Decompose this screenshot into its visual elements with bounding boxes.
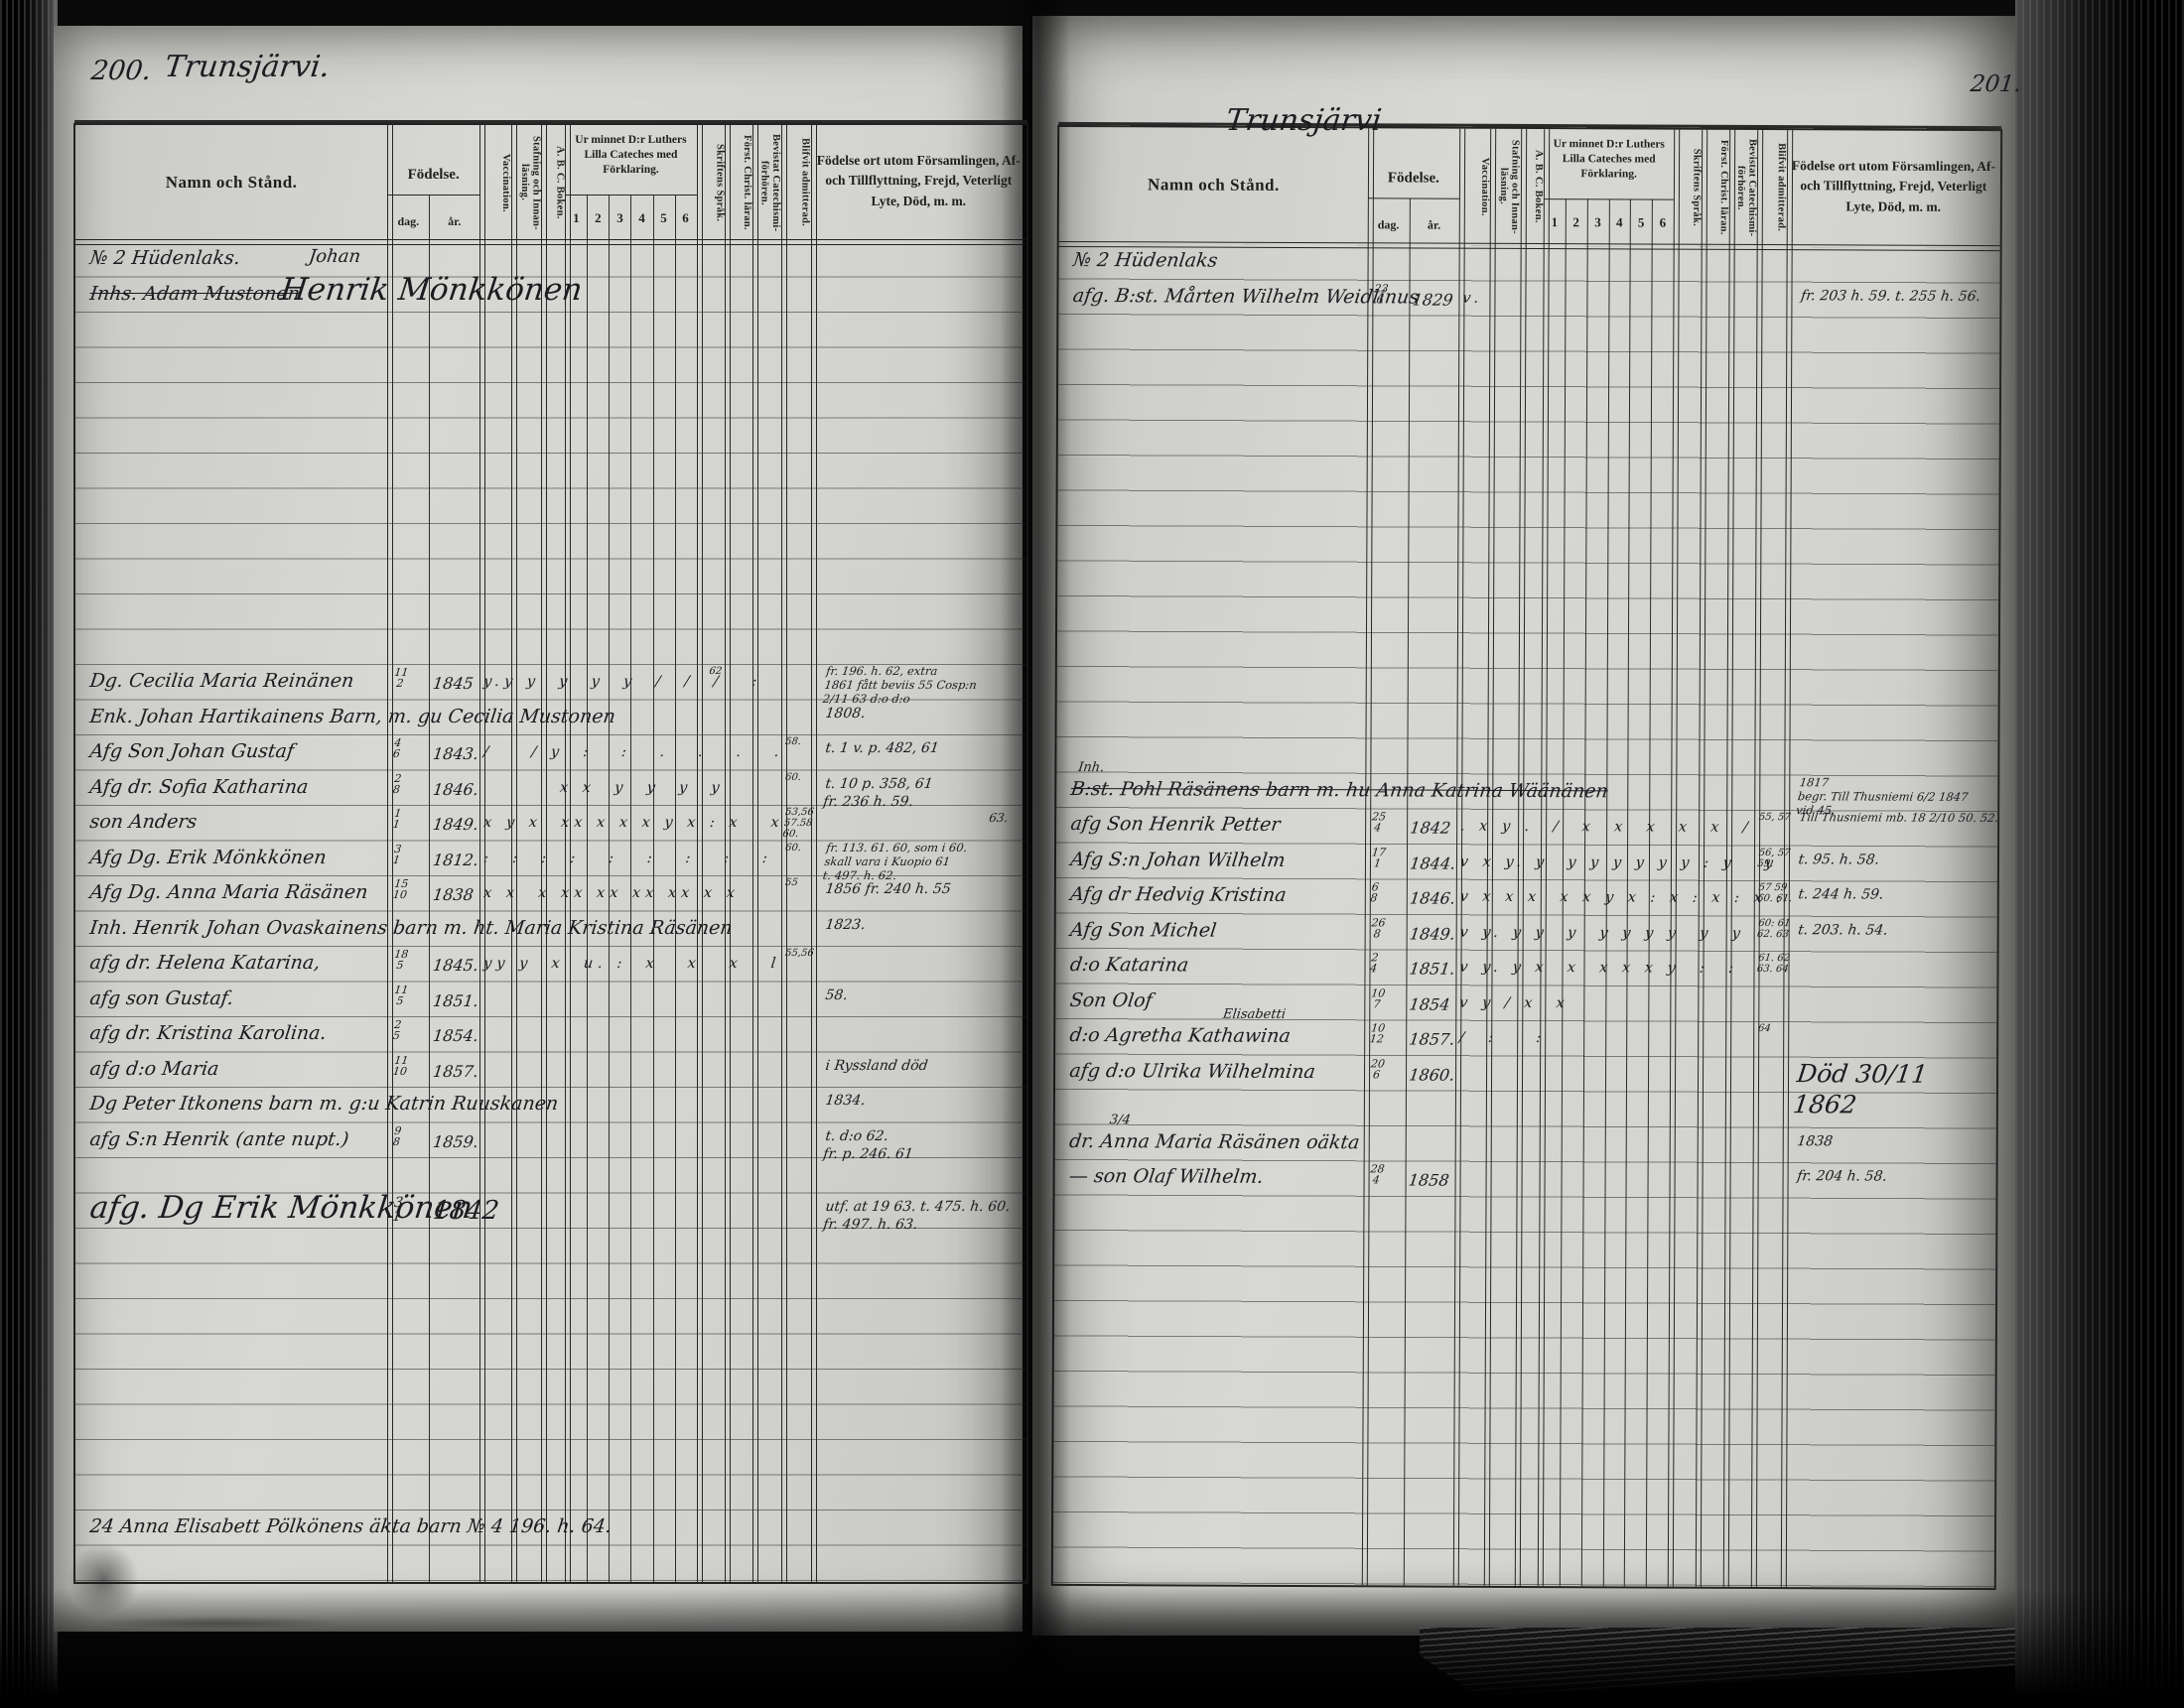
entry-exam-years: 62: [709, 666, 723, 677]
entry-birth-day: 98: [392, 1125, 402, 1147]
ledger-entry: afg S:n Henrik (ante nupt.)981859.t. d:o…: [73, 1123, 1028, 1159]
ledger-entry: Afg Dg. Erik Mönkkönen311812.: : : : : :…: [73, 842, 1028, 877]
column-header-vaccination: Vaccination.: [1459, 135, 1491, 238]
entry-note: Död 30/11 1862: [1791, 1058, 1998, 1120]
entry-exam-years: 60.: [784, 772, 801, 783]
ledger-entry: Dg Peter Itkonens barn m. g:u Katrin Ruu…: [73, 1088, 1028, 1123]
page-title-left: Trunsjärvi.: [163, 50, 332, 84]
entry-birth-year: 1854.: [432, 1026, 479, 1045]
entry-name: afg. Dg Erik Mönkkönen: [88, 1190, 475, 1226]
column-header-catechism-5: 5: [653, 210, 675, 226]
entry-catechism-marks: v.: [1461, 290, 1484, 306]
entry-catechism-marks: : : : : : : : : :: [482, 851, 773, 866]
entry-birth-year: 1849.: [1409, 924, 1456, 943]
entry-name: Afg dr Hedvig Kristina: [1069, 883, 1288, 906]
entry-birth-year: 1859.: [432, 1132, 479, 1151]
ledger-entry: 24 Anna Elisabett Pölkönens äkta barn № …: [73, 1511, 1028, 1546]
entry-birth-day: 107: [1369, 987, 1386, 1009]
entry-exam-years: 58.: [784, 736, 801, 747]
page-number-right: 201.: [1969, 71, 2022, 97]
book-edge-right: [2015, 0, 2184, 1708]
column-header-abc: A. B. C. Boken.: [541, 131, 565, 234]
entry-name: afg dr. Helena Katarina,: [88, 952, 321, 974]
birth-split-rule: [387, 195, 479, 196]
column-header-spelling: Stafning och Innan-läsning.: [1490, 135, 1521, 238]
entry-name: d:o Agretha Kathawina: [1068, 1024, 1292, 1047]
entry-catechism-marks: x y x xx x x x y x : x x: [482, 815, 785, 831]
column-header-catechism-1: 1: [565, 210, 587, 226]
entry-birth-year: 1845: [432, 674, 475, 693]
ledger-entry: d:o Agretha KathawinaElisabetti10121857.…: [1053, 1019, 1999, 1059]
column-header-birth-dag: dag.: [387, 214, 429, 229]
entry-name: Afg Dg. Erik Mönkkönen: [88, 847, 328, 868]
entry-birth-year: 1858: [1408, 1170, 1450, 1189]
entry-note: t. d:o 62. fr. p. 246. 61: [822, 1128, 916, 1163]
entry-name: dr. Anna Maria Räsänen oäkta: [1068, 1129, 1361, 1152]
entry-birth-day: 46: [392, 737, 402, 759]
column-header-birth-ar: år.: [1409, 217, 1458, 232]
entry-birth-day: 268: [1370, 917, 1387, 939]
ledger-entry: afg d:o Maria11101857.i Ryssland död: [73, 1053, 1028, 1089]
entry-name: afg. B:st. Mårten Wilhelm Weidlinus: [1072, 285, 1421, 309]
entry-spanning-text: Henrik Mönkkönen: [278, 272, 584, 308]
entry-name: afg dr. Kristina Karolina.: [88, 1022, 328, 1044]
ledger-entry: d:o Katarina241851.v y. y x x x x x y : …: [1053, 949, 1999, 988]
ledger-entry: son Anders111849.x y x xx x x x y x : x …: [73, 806, 1028, 842]
entry-birth-year: 1857.: [432, 1062, 479, 1081]
entry-birth-day: 206: [1369, 1058, 1386, 1080]
entry-exam-years: 53,56 57.58 60.: [782, 807, 815, 840]
entry-annotation: Inh.: [1077, 760, 1105, 775]
column-header-catechism-3: 3: [609, 210, 630, 226]
entry-catechism-marks: . x y . / x x x x x /: [1459, 819, 1754, 836]
ledger-entry: afg. Dg Erik Mönkkönen311842utf. at 19 6…: [73, 1194, 1028, 1230]
entry-exam-years: 60: 61 62. 63: [1756, 918, 1791, 940]
column-header-spelling: Stafning och Innan-läsning.: [511, 131, 542, 234]
entry-birth-year: 1844.: [1409, 854, 1456, 872]
book-spine-left: [0, 0, 58, 1708]
entry-note: 1838: [1796, 1133, 1834, 1151]
ledger-body: № 2 Hüdenlaks.JohanInhs. Adam MustonenHe…: [75, 242, 1026, 1582]
entry-birth-day: 28: [392, 773, 402, 795]
entry-birth-day: 1012: [1369, 1022, 1386, 1044]
page-title-right: Trunsjärvi: [1224, 103, 1384, 138]
book-scan: 200. Trunsjärvi. Namn och Stånd.Födelse.…: [0, 0, 2184, 1708]
entry-exam-years: 60.: [784, 843, 801, 854]
right-page: Trunsjärvi 201. Namn och Stånd.Födelse.d…: [1032, 16, 2017, 1636]
entry-exam-years: 55, 57: [1758, 812, 1791, 823]
left-page: 200. Trunsjärvi. Namn och Stånd.Födelse.…: [54, 26, 1023, 1632]
entry-note: 58.: [824, 987, 848, 1005]
entry-birth-year: 1854: [1409, 994, 1451, 1013]
ledger-entry: afg dr. Helena Katarina,1851845.yy y x u…: [73, 947, 1028, 983]
column-header-attended: Bevistat Catechismi-förhören.: [752, 131, 781, 234]
entry-birth-day: 68: [1370, 881, 1380, 903]
entry-birth-day: 24: [1369, 952, 1379, 974]
column-header-admitted: Blifvit admitterad.: [1757, 136, 1787, 239]
entry-birth-year: 1851.: [432, 991, 479, 1010]
column-header-catechism-4: 4: [1608, 214, 1630, 230]
entry-name: Dg Peter Itkonens barn m. g:u Katrin Ruu…: [88, 1093, 559, 1115]
ledger-table-right: Namn och Stånd.Födelse.dag.år.Vaccinatio…: [1051, 125, 2002, 1590]
ledger-entry: — son Olaf Wilhelm.2841858fr. 204 h. 58.: [1052, 1160, 1998, 1200]
entry-name: afg d:o Maria: [88, 1058, 220, 1080]
ledger-entry: Afg dr. Sofia Katharina281846. x x y y y…: [73, 771, 1028, 807]
ledger-entry: afg. B:st. Mårten Wilhelm Weidlinus23618…: [1056, 279, 2002, 319]
entry-name: afg son Gustaf.: [88, 987, 234, 1009]
entry-birth-day: 25: [392, 1019, 402, 1041]
column-header-catechism-2: 2: [1566, 214, 1587, 230]
entry-name: Inhs. Adam Mustonen: [88, 283, 301, 305]
entry-note: 1834.: [824, 1093, 866, 1111]
column-header-catechism-6: 6: [675, 210, 697, 226]
ledger-entry: Afg Son Michel2681849.v y. y y y y y y y…: [1053, 913, 1999, 953]
entry-name: Enk. Johan Hartikainens Barn, m. gu Ceci…: [88, 706, 616, 727]
entry-birth-year: 1842: [1409, 818, 1451, 837]
entry-birth-day: 1510: [392, 878, 409, 900]
ledger-entry: Afg S:n Johan Wilhelm1711844.v x y. y y …: [1054, 843, 2000, 882]
entry-catechism-marks: v y. y x x x x x y : :: [1458, 960, 1739, 977]
birth-split-rule: [1368, 197, 1459, 198]
entry-birth-day: 31: [392, 844, 402, 865]
ledger-entry: Afg Dg. Anna Maria Räsänen15101838x x x …: [73, 876, 1028, 912]
entry-name: Dg. Cecilia Maria Reinänen: [88, 670, 354, 692]
entry-note: t. 203. h. 54.: [1797, 922, 1889, 940]
entry-name: № 2 Hüdenlaks.: [88, 247, 241, 269]
entry-note: t. 95. h. 58.: [1797, 852, 1880, 869]
entry-birth-year: 1857.: [1408, 1029, 1455, 1048]
ledger-entry: afg d:o Ulrika Wilhelmina2061860.Död 30/…: [1053, 1054, 1999, 1094]
entry-note: utf. at 19 63. t. 475. h. 60. fr. 497. h…: [822, 1199, 1011, 1234]
ledger-entry: Dg. Cecilia Maria Reinänen1121845y.y y y…: [73, 665, 1028, 701]
entry-birth-day: 284: [1368, 1163, 1385, 1185]
column-header-birth-ar: år.: [429, 214, 479, 229]
column-header-abc: A. B. C. Boken.: [1520, 135, 1544, 238]
entry-birth-day: 254: [1370, 811, 1387, 833]
ledger-entry: dr. Anna Maria Räsänen oäkta3/41838: [1052, 1124, 1998, 1164]
column-header-birth: Födelse.: [387, 167, 479, 184]
book-gutter-shadow: [1001, 0, 1070, 1708]
ledger-entry: afg dr. Kristina Karolina.251854.: [73, 1017, 1028, 1053]
ledger-entry: Inhs. Adam MustonenHenrik Mönkkönen: [73, 278, 1028, 314]
entry-exam-years: 64: [1757, 1023, 1771, 1034]
entry-catechism-marks: yy y x u. : x x x l: [482, 956, 781, 972]
entry-catechism-marks: v x x x x x y x : x : x : x :: [1459, 889, 1788, 906]
entry-name: Afg dr. Sofia Katharina: [88, 776, 310, 798]
entry-name: Afg S:n Johan Wilhelm: [1069, 849, 1287, 871]
column-header-catechism-3: 3: [1587, 214, 1609, 230]
entry-birth-day: 112: [392, 667, 409, 689]
ledger-entry: B:st. Pohl Räsänens barn m. hu Anna Katr…: [1054, 772, 2000, 812]
entry-name: B:st. Pohl Räsänens barn m. hu Anna Katr…: [1069, 778, 1609, 802]
entry-birth-year: 1846.: [1409, 888, 1456, 907]
column-header-vaccination: Vaccination.: [479, 131, 511, 234]
entry-birth-day: 11: [392, 808, 402, 830]
entry-birth-year: 1843.: [432, 744, 479, 763]
column-header-catechism-4: 4: [630, 210, 652, 226]
column-header-name: Namn och Stånd.: [75, 173, 387, 193]
entry-birth-year: 1812.: [432, 851, 479, 869]
ledger-entry: № 2 Hüdenlaks: [1056, 244, 2002, 284]
column-header-notes: Födelse ort utom Församlingen, Af- och T…: [1787, 156, 2000, 217]
entry-birth-year: 1849.: [432, 815, 479, 834]
entry-birth-year: 1846.: [432, 780, 479, 799]
ledger-entry: afg son Gustaf.1151851. 58.: [73, 983, 1028, 1018]
entry-birth-day: 171: [1370, 847, 1387, 868]
entry-catechism-marks: x x y y y y: [482, 780, 725, 796]
ledger-entry: Enk. Johan Hartikainens Barn, m. gu Ceci…: [73, 701, 1028, 736]
entry-name: d:o Katarina: [1069, 954, 1190, 977]
entry-birth-day: 115: [392, 985, 409, 1006]
entry-annotation: Elisabetti: [1222, 1007, 1287, 1022]
column-header-christ: Först. Christ. läran.: [725, 131, 752, 234]
page-number-left: 200.: [89, 56, 153, 86]
entry-note: Till Thusniemi mb. 18 2/10 50. 52.: [1799, 811, 1999, 826]
entry-exam-years: 61. 62 63. 64: [1756, 953, 1791, 975]
entry-name: Afg Son Michel: [1069, 919, 1218, 942]
entry-note: i Ryssland död: [824, 1058, 928, 1076]
entry-name: son Anders: [88, 811, 198, 833]
column-header-name: Namn och Stånd.: [1059, 175, 1368, 196]
catechism-split-rule: [565, 195, 696, 196]
column-header-catechism: Ur minnet D:r Luthers Lilla Cateches med…: [1544, 137, 1674, 182]
entry-note: t. 1 v. p. 482, 61: [824, 740, 939, 758]
column-header-catechism-6: 6: [1652, 215, 1674, 231]
entry-note: 1856 fr. 240 h. 55: [824, 881, 951, 899]
entry-name: Inh. Henrik Johan Ovaskainens barn m. ht…: [88, 917, 734, 939]
entry-name: Afg Dg. Anna Maria Räsänen: [88, 881, 369, 903]
entry-birth-day: 185: [392, 949, 409, 971]
entry-birth-year: 1851.: [1409, 959, 1456, 978]
entry-note: t. 244 h. 59.: [1797, 886, 1884, 904]
entry-name: afg S:n Henrik (ante nupt.): [88, 1128, 349, 1150]
entry-name: № 2 Hüdenlaks: [1072, 249, 1219, 272]
entry-name: — son Olaf Wilhelm.: [1068, 1165, 1265, 1188]
ledger-body: № 2 Hüdenlaksafg. B:st. Mårten Wilhelm W…: [1053, 244, 2000, 1588]
entry-catechism-marks: x x x xx xx xx xx x x: [482, 885, 741, 901]
column-header-catechism-5: 5: [1630, 214, 1652, 230]
column-header-catechism-2: 2: [587, 210, 609, 226]
entry-name: 24 Anna Elisabett Pölkönens äkta barn № …: [88, 1515, 613, 1537]
entry-exam-years: 55: [784, 877, 798, 888]
column-header-christ: Först. Christ. läran.: [1702, 136, 1729, 239]
entry-name: Son Olof: [1068, 988, 1154, 1010]
entry-exam-years: 57 59 60. 61.: [1756, 882, 1794, 904]
column-header-script: Skriftens Språk.: [697, 131, 726, 234]
entry-birth-year: 1838: [432, 885, 475, 904]
entry-birth-year: 1845.: [432, 956, 479, 975]
entry-catechism-marks: / : :: [1458, 1030, 1547, 1046]
entry-note: 1823.: [824, 917, 866, 935]
ledger-table-left: Namn och Stånd.Födelse.dag.år.Vaccinatio…: [73, 123, 1028, 1584]
entry-note: 1808.: [824, 706, 866, 723]
column-header-catechism: Ur minnet D:r Luthers Lilla Cateches med…: [565, 133, 696, 178]
entry-birth-day: 31: [391, 1196, 403, 1224]
column-header-notes: Födelse ort utom Församlingen, Af- och T…: [811, 151, 1026, 211]
entry-exam-years: 56, 57 59.: [1757, 848, 1792, 869]
ledger-entry: Afg Son Johan Gustaf461843./ / y : : . .…: [73, 735, 1028, 771]
ledger-entry: Inh. Henrik Johan Ovaskainens barn m. ht…: [73, 912, 1028, 948]
entry-catechism-marks: v x y. y y y y y y y : y y: [1459, 854, 1779, 870]
page-edge-stack: [1420, 1628, 2015, 1697]
entry-spanning-text: Johan: [308, 246, 362, 267]
column-header-birth: Födelse.: [1368, 170, 1459, 187]
entry-catechism-marks: v y. y y y y y y y y y: [1458, 924, 1745, 941]
entry-catechism-marks: / / y : : . . . .: [482, 744, 785, 760]
entry-exam-years: 55,56: [784, 948, 814, 959]
entry-annotation: 3/4: [1109, 1113, 1132, 1127]
ledger-entry: Son Olof1071854v y / x x: [1053, 984, 1999, 1023]
entry-birth-year: 1842: [431, 1196, 500, 1226]
ledger-entry: Afg dr Hedvig Kristina681846.v x x x x x…: [1054, 878, 2000, 918]
column-header-birth-dag: dag.: [1368, 217, 1410, 232]
column-header-catechism-1: 1: [1544, 214, 1566, 230]
ledger-entry: afg Son Henrik Petter2541842. x y . / x …: [1054, 808, 2000, 848]
entry-name: Afg Son Johan Gustaf: [88, 740, 295, 762]
entry-note: fr. 203 h. 59. t. 255 h. 56.: [1800, 288, 1981, 306]
entry-birth-year: 1860.: [1408, 1065, 1455, 1084]
entry-name: afg d:o Ulrika Wilhelmina: [1068, 1059, 1316, 1082]
entry-catechism-marks: v y / x x: [1458, 994, 1570, 1010]
column-header-attended: Bevistat Catechismi-förhören.: [1729, 136, 1758, 239]
entry-birth-day: 1110: [392, 1055, 409, 1077]
column-header-admitted: Blifvit admitterad.: [781, 131, 811, 234]
column-header-script: Skriftens Språk.: [1674, 136, 1703, 239]
entry-name: afg Son Henrik Petter: [1069, 813, 1282, 836]
entry-note: fr. 204 h. 58.: [1796, 1168, 1888, 1186]
